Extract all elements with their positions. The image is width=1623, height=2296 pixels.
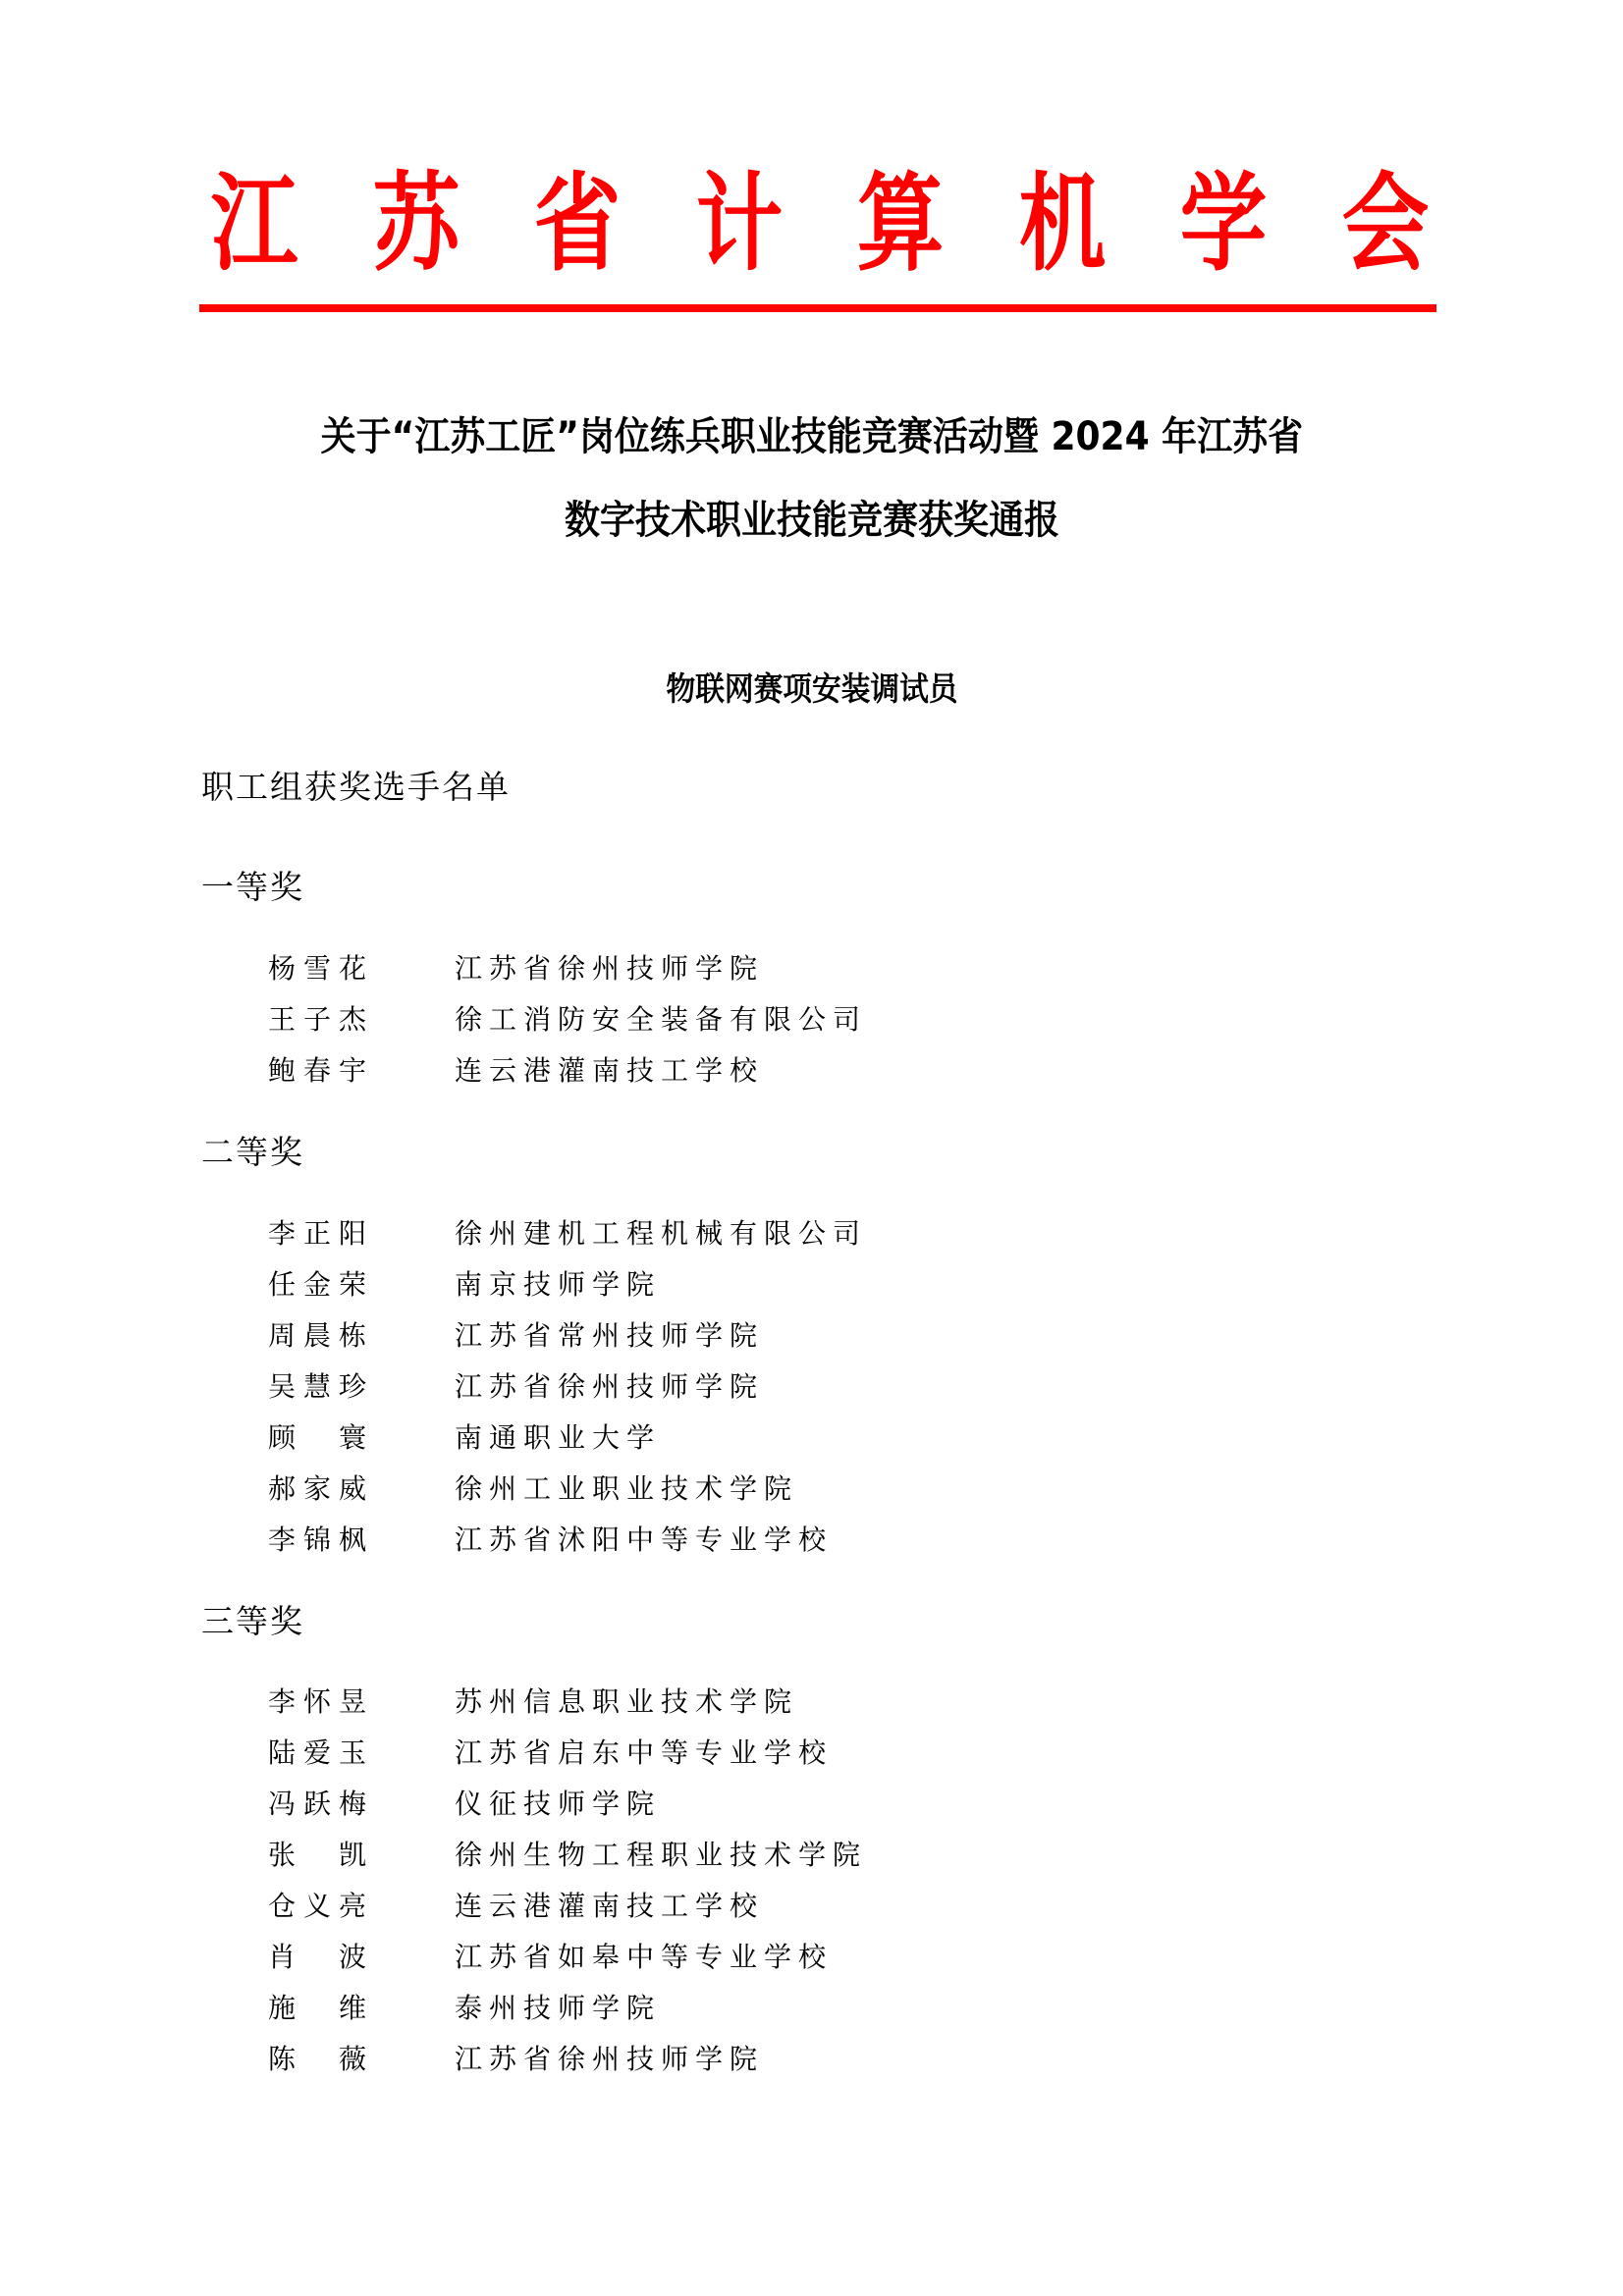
winner-name: 陈薇 — [268, 2042, 366, 2077]
winner-org: 徐州建机工程机械有限公司 — [455, 1216, 867, 1252]
winner-org: 江苏省常州技师学院 — [455, 1318, 764, 1354]
winner-org: 江苏省如皋中等专业学校 — [455, 1940, 833, 1975]
masthead-char: 苏 — [372, 171, 460, 277]
winner-name: 郝家威 — [268, 1471, 366, 1507]
winner-name: 顾寰 — [268, 1420, 366, 1456]
winner-org: 苏州信息职业技术学院 — [455, 1684, 798, 1720]
winner-org: 江苏省启东中等专业学校 — [455, 1735, 833, 1771]
winner-org: 徐州工业职业技术学院 — [455, 1471, 798, 1507]
winner-name: 周晨栋 — [268, 1318, 366, 1354]
winner-org: 江苏省沭阳中等专业学校 — [455, 1522, 833, 1558]
document-title-line-1: 关于“江苏工匠”岗位练兵职业技能竞赛活动暨 2024 年江苏省 — [0, 417, 1623, 456]
masthead-char: 江 — [211, 171, 298, 277]
masthead-char: 会 — [1342, 171, 1430, 277]
masthead-char: 计 — [695, 171, 783, 277]
group-heading: 职工组获奖选手名单 — [201, 771, 511, 803]
winner-name: 李正阳 — [268, 1216, 366, 1252]
winner-name: 王子杰 — [268, 1002, 366, 1038]
masthead-char: 算 — [857, 171, 945, 277]
prize-heading-third: 三等奖 — [201, 1605, 304, 1637]
winner-name: 鲍春宇 — [268, 1053, 366, 1089]
winner-name: 施维 — [268, 1991, 366, 2026]
document-title-line-2: 数字技术职业技能竞赛获奖通报 — [0, 501, 1623, 540]
winner-org: 仪征技师学院 — [455, 1787, 661, 1822]
masthead-char: 学 — [1180, 171, 1268, 277]
winner-name: 李怀昱 — [268, 1684, 366, 1720]
masthead-char: 机 — [1019, 171, 1107, 277]
winner-name: 肖波 — [268, 1940, 366, 1975]
prize-heading-second: 二等奖 — [201, 1136, 304, 1168]
winner-name: 冯跃梅 — [268, 1787, 366, 1822]
winner-name: 仓义亮 — [268, 1889, 366, 1924]
winner-org: 徐州生物工程职业技术学院 — [455, 1838, 867, 1873]
masthead-org-name: 江 苏 省 计 算 机 学 会 — [201, 165, 1438, 283]
winner-name: 杨雪花 — [268, 951, 366, 987]
winner-org: 江苏省徐州技师学院 — [455, 951, 764, 987]
masthead-char: 省 — [534, 171, 622, 277]
winner-name: 吴慧珍 — [268, 1369, 366, 1405]
winner-org: 连云港灌南技工学校 — [455, 1889, 764, 1924]
masthead-divider — [199, 304, 1436, 312]
winner-name: 李锦枫 — [268, 1522, 366, 1558]
winner-name: 陆爱玉 — [268, 1735, 366, 1771]
winner-org: 南通职业大学 — [455, 1420, 661, 1456]
winner-org: 江苏省徐州技师学院 — [455, 2042, 764, 2077]
winner-org: 江苏省徐州技师学院 — [455, 1369, 764, 1405]
winner-org: 连云港灌南技工学校 — [455, 1053, 764, 1089]
winner-org: 徐工消防安全装备有限公司 — [455, 1002, 867, 1038]
winner-org: 南京技师学院 — [455, 1267, 661, 1303]
winner-name: 任金荣 — [268, 1267, 366, 1303]
event-subtitle: 物联网赛项安装调试员 — [0, 672, 1623, 705]
prize-heading-first: 一等奖 — [201, 871, 304, 903]
winner-name: 张凯 — [268, 1838, 366, 1873]
winner-org: 泰州技师学院 — [455, 1991, 661, 2026]
